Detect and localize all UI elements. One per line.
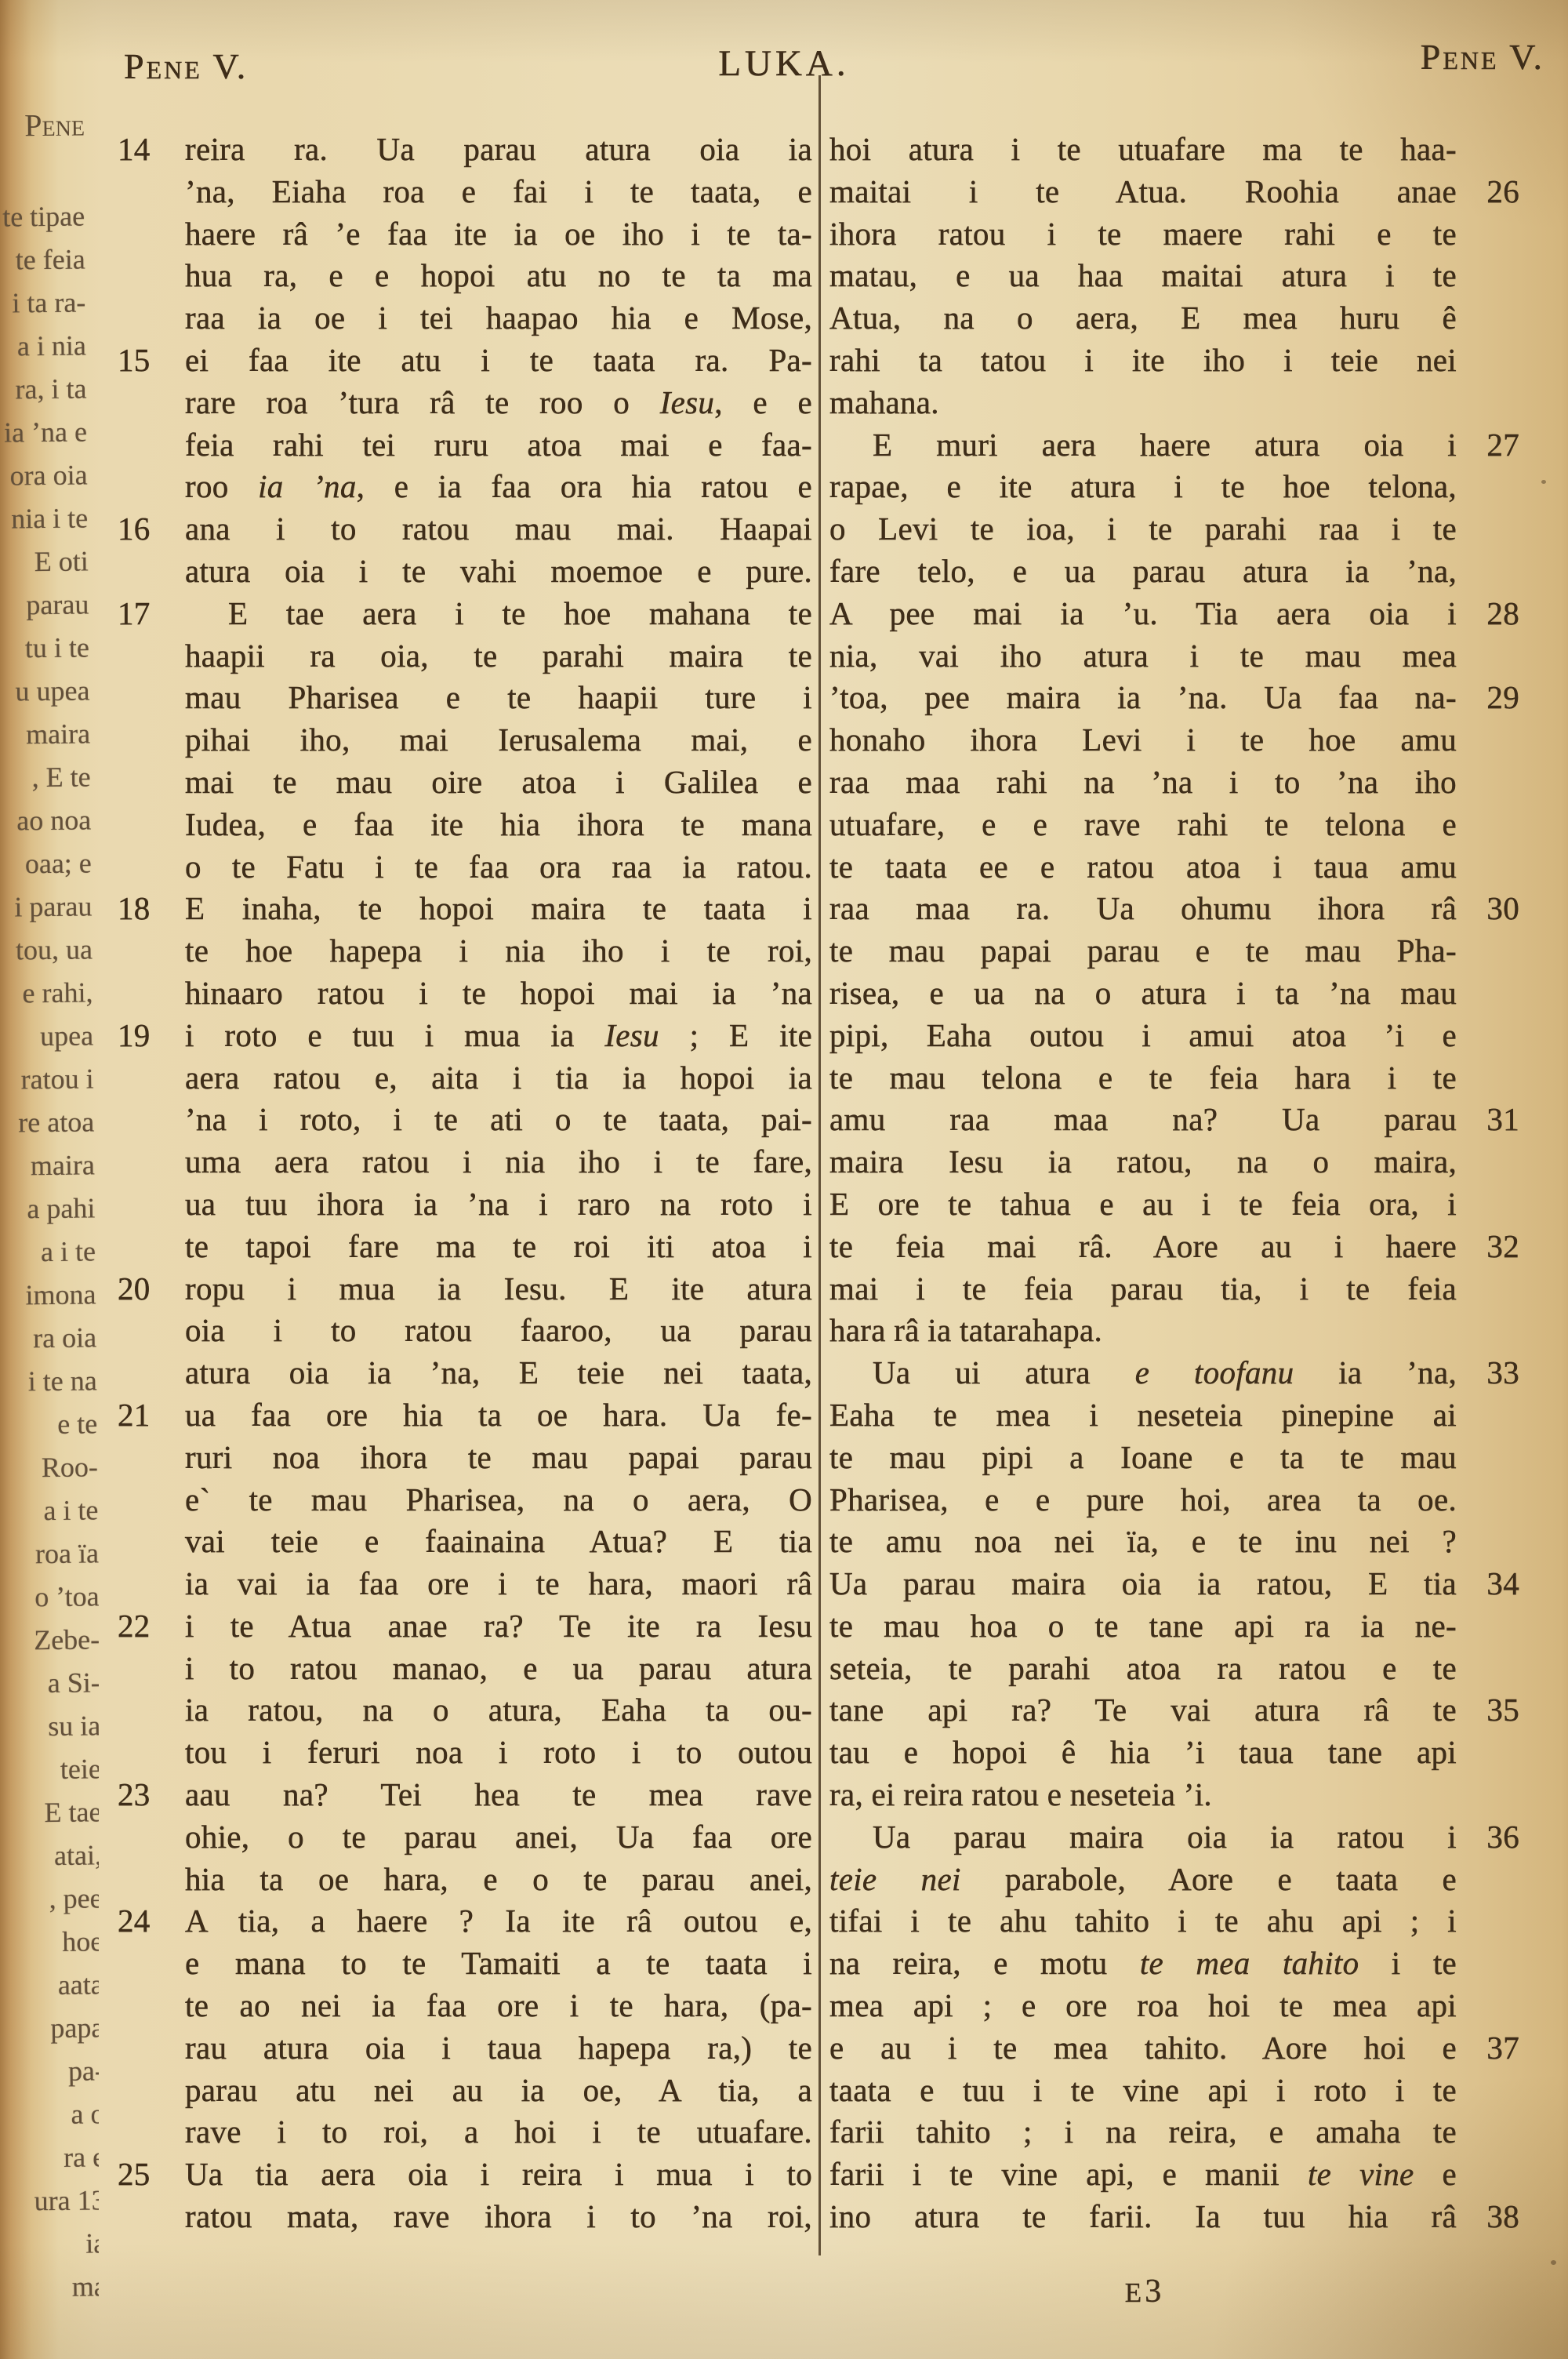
spine-text-fragment: teie bbox=[60, 1752, 99, 1786]
text-line: A pee mai ia ’u. Tia aera oia i28 bbox=[829, 593, 1457, 635]
text-line: E ore te tahua e au i te feia ora, i bbox=[829, 1183, 1457, 1226]
text-line: ana i to ratou mau mai. Haapai16 bbox=[185, 508, 812, 551]
text-line: matau, e ua haa maitai atura i te bbox=[829, 255, 1457, 297]
verse-number: 32 bbox=[1486, 1226, 1519, 1268]
verse-number: 14 bbox=[118, 129, 151, 171]
text-line: mai i te feia parau tia, i te feia bbox=[829, 1268, 1457, 1310]
text-line: risea, e ua na o atura i ta ’na mau bbox=[829, 972, 1457, 1015]
verse-number: 20 bbox=[118, 1268, 151, 1310]
text-line: maira Iesu ia ratou, na o maira, bbox=[829, 1141, 1457, 1183]
verse-number: 21 bbox=[118, 1394, 151, 1437]
spine-text-fragment: atai, bbox=[54, 1838, 99, 1872]
text-line: mahana. bbox=[829, 382, 1457, 424]
text-line: hoi atura i te utuafare ma te haa- bbox=[829, 129, 1457, 171]
spine-text-fragment: maira bbox=[31, 1148, 95, 1182]
text-line: ratou mata, rave ihora i to ’na roi, bbox=[185, 2196, 812, 2238]
spine-text-fragment: ra, i ta bbox=[15, 372, 86, 405]
text-line: Ua parau maira oia ia ratou, E tia34 bbox=[829, 1563, 1457, 1605]
text-line: pihai iho, mai Ierusalema mai, e bbox=[185, 719, 812, 761]
text-line: tifai i te ahu tahito i te ahu api ; i bbox=[829, 1900, 1457, 1943]
text-line: e` te mau Pharisea, na o aera, O bbox=[185, 1479, 812, 1521]
verse-number: 38 bbox=[1486, 2196, 1519, 2238]
text-line: Atua, na o aera, E mea huru ê bbox=[829, 297, 1457, 340]
spine-edge: Pene te tipaete feiai ta ra-a i niara, i… bbox=[0, 0, 99, 2359]
spine-text-fragment: ma bbox=[72, 2270, 99, 2303]
spine-text-fragment: ora oia bbox=[9, 458, 87, 492]
spine-text-fragment: roa ïa bbox=[35, 1536, 99, 1570]
text-line: oia i to ratou faaroo, ua parau bbox=[185, 1310, 812, 1352]
text-line: ia vai ia faa ore i te hara, maori râ bbox=[185, 1563, 812, 1605]
text-line: roo ia ’na, e ia faa ora hia ratou e bbox=[185, 466, 812, 508]
text-line: uma aera ratou i nia iho i te fare, bbox=[185, 1141, 812, 1183]
text-line: raa maa rahi na ’na i to ’na iho bbox=[829, 761, 1457, 804]
spine-fragments-strip: Pene te tipaete feiai ta ra-a i niara, i… bbox=[0, 0, 99, 2359]
spine-text-fragment: imona bbox=[25, 1278, 96, 1311]
text-line: ua tuu ihora ia ’na i raro na roto i bbox=[185, 1183, 812, 1226]
scanned-book-page: { "header": { "left": "Pene V.", "center… bbox=[0, 0, 1568, 2359]
spine-text-fragment: a pahi bbox=[27, 1191, 95, 1225]
text-line: fare telo, e ua parau atura ia ’na, bbox=[829, 551, 1457, 593]
running-head-chapter-right: Pene V. bbox=[1421, 36, 1544, 78]
spine-text-fragment: tu i te bbox=[25, 631, 89, 664]
text-line: haere râ ’e faa ite ia oe iho i te ta- bbox=[185, 213, 812, 256]
spine-text-fragment: nia i te bbox=[11, 501, 88, 535]
text-line: te ao nei ia faa ore i te hara, (pa- bbox=[185, 1985, 812, 2027]
spine-text-fragment: upea bbox=[40, 1019, 93, 1052]
spine-text-fragment: ura 13 bbox=[34, 2183, 99, 2217]
text-line: ua faa ore hia ta oe hara. Ua fe-21 bbox=[185, 1394, 812, 1437]
verse-number: 35 bbox=[1486, 1689, 1519, 1732]
text-line: pipi, Eaha outou i amui atoa ’i e bbox=[829, 1015, 1457, 1057]
text-line: i to ratou manao, e ua parau atura bbox=[185, 1648, 812, 1690]
spine-text-fragment: a Si- bbox=[48, 1666, 99, 1699]
text-line: ia ratou, na o atura, Eaha ta ou- bbox=[185, 1689, 812, 1732]
text-line: raa maa ra. Ua ohumu ihora râ30 bbox=[829, 888, 1457, 930]
spine-header-fragment: Pene bbox=[24, 106, 85, 144]
spine-text-fragment: a o bbox=[71, 2097, 99, 2130]
spine-text-fragment: , pee bbox=[49, 1881, 99, 1915]
spine-text-fragment: E tae bbox=[44, 1795, 99, 1829]
text-line: te mau telona e te feia hara i te bbox=[829, 1057, 1457, 1100]
text-line: ihora ratou i te maere rahi e te bbox=[829, 213, 1457, 256]
text-line: rau atura oia i taua hapepa ra,) te bbox=[185, 2027, 812, 2070]
spine-text-fragment: ia bbox=[85, 2226, 99, 2259]
text-line: utuafare, e e rave rahi te telona e bbox=[829, 804, 1457, 846]
text-line: te amu noa nei ïa, e te inu nei ? bbox=[829, 1521, 1457, 1563]
spine-text-fragment: a i nia bbox=[17, 329, 86, 362]
spine-text-fragment: o ’toa bbox=[34, 1579, 99, 1613]
text-line: Iudea, e faa ite hia ihora te mana bbox=[185, 804, 812, 846]
left-text-column: reira ra. Ua parau atura oia ia14’na, Ei… bbox=[185, 129, 812, 2238]
verse-number: 17 bbox=[118, 593, 151, 635]
spine-text-fragment: ratou i bbox=[20, 1062, 93, 1096]
text-line: rahi ta tatou i ite iho i teie nei bbox=[829, 340, 1457, 382]
text-line: teie nei parabole, Aore e taata e bbox=[829, 1859, 1457, 1901]
spine-text-fragment: , E te bbox=[31, 760, 90, 794]
text-line: na reira, e motu te mea tahito i te bbox=[829, 1943, 1457, 1985]
text-line: hua ra, e e hopoi atu no te ta ma bbox=[185, 255, 812, 297]
spine-text-fragment: Zebe- bbox=[34, 1623, 99, 1656]
text-line: o te Fatu i te faa ora raa ia ratou. bbox=[185, 846, 812, 889]
text-line: ohie, o te parau anei, Ua faa ore bbox=[185, 1816, 812, 1859]
text-line: A tia, a haere ? Ia ite râ outou e,24 bbox=[185, 1900, 812, 1943]
text-line: te hoe hapepa i nia iho i te roi, bbox=[185, 930, 812, 972]
text-line: e au i te mea tahito. Aore hoi e37 bbox=[829, 2027, 1457, 2070]
spine-text-fragment: ia ’na e bbox=[4, 415, 87, 449]
text-line: tou i feruri noa i roto i to outou bbox=[185, 1732, 812, 1774]
right-text-column: hoi atura i te utuafare ma te haa-maitai… bbox=[829, 129, 1457, 2238]
text-line: E tae aera i te hoe mahana te17 bbox=[185, 593, 812, 635]
verse-number: 16 bbox=[118, 508, 151, 551]
text-line: te taata ee e ratou atoa i taua amu bbox=[829, 846, 1457, 889]
text-line: haapii ra oia, te parahi maira te bbox=[185, 635, 812, 678]
text-line: te mau papai parau e te mau Pha- bbox=[829, 930, 1457, 972]
text-line: atura oia ia ’na, E teie nei taata, bbox=[185, 1352, 812, 1394]
spine-text-fragment: papa bbox=[50, 2011, 99, 2045]
verse-number: 28 bbox=[1486, 593, 1519, 635]
text-line: tane api ra? Te vai atura râ te35 bbox=[829, 1689, 1457, 1732]
spine-text-fragment: te tipae bbox=[2, 199, 85, 233]
text-line: Ua parau maira oia ia ratou i36 bbox=[829, 1816, 1457, 1859]
text-line: E inaha, te hopoi maira te taata i18 bbox=[185, 888, 812, 930]
verse-number: 26 bbox=[1486, 171, 1519, 213]
spine-text-fragment: u upea bbox=[15, 674, 89, 707]
text-line: Pharisea, e e pure hoi, area ta oe. bbox=[829, 1479, 1457, 1521]
spine-text-fragment: i parau bbox=[14, 889, 92, 923]
text-line: i te Atua anae ra? Te ite ra Iesu22 bbox=[185, 1605, 812, 1648]
running-head-book-title: LUKA. bbox=[0, 42, 1568, 85]
text-line: ino atura te farii. Ia tuu hia râ38 bbox=[829, 2196, 1457, 2238]
text-line: Eaha te mea i neseteia pinepine ai bbox=[829, 1394, 1457, 1437]
text-line: i roto e tuu i mua ia Iesu ; E ite19 bbox=[185, 1015, 812, 1057]
verse-number: 37 bbox=[1486, 2027, 1519, 2070]
text-line: atura oia i te vahi moemoe e pure. bbox=[185, 551, 812, 593]
verse-number: 23 bbox=[118, 1774, 151, 1816]
text-line: e mana to te Tamaiti a te taata i bbox=[185, 1943, 812, 1985]
spine-text-fragment: ao noa bbox=[16, 803, 91, 837]
text-line: taata e tuu i te vine api i roto i te bbox=[829, 2070, 1457, 2112]
text-line: rare roa ’tura râ te roo o Iesu, e e bbox=[185, 382, 812, 424]
text-line: te mau hoa o te tane api ra ia ne- bbox=[829, 1605, 1457, 1648]
spine-text-fragment: tou, ua bbox=[16, 932, 93, 966]
spine-text-fragment: maira bbox=[26, 717, 90, 751]
text-line: te tapoi fare ma te roi iti atoa i bbox=[185, 1226, 812, 1268]
text-line: ra, ei reira ratou e neseteia ’i. bbox=[829, 1774, 1457, 1816]
spine-text-fragment: i te na bbox=[28, 1364, 97, 1398]
text-line: seteia, te parahi atoa ra ratou e te bbox=[829, 1648, 1457, 1690]
spine-text-fragment: re atoa bbox=[18, 1105, 94, 1139]
text-line: ruri noa ihora te mau papai parau bbox=[185, 1437, 812, 1479]
text-line: Ua tia aera oia i reira i mua i to25 bbox=[185, 2154, 812, 2196]
verse-number: 19 bbox=[118, 1015, 151, 1057]
verse-number: 15 bbox=[118, 340, 151, 382]
spine-text-fragment: E oti bbox=[34, 544, 89, 578]
signature-mark: E 3 bbox=[829, 2273, 1457, 2310]
text-line: ei faa ite atu i te taata ra. Pa-15 bbox=[185, 340, 812, 382]
verse-number: 25 bbox=[118, 2154, 151, 2196]
text-line: E muri aera haere atura oia i27 bbox=[829, 424, 1457, 467]
text-line: hara râ ia tatarahapa. bbox=[829, 1310, 1457, 1352]
text-line: maitai i te Atua. Roohia anae26 bbox=[829, 171, 1457, 213]
spine-text-fragment: e rahi, bbox=[22, 976, 93, 1009]
verse-number: 36 bbox=[1486, 1816, 1519, 1859]
spine-text-fragment: ra oia bbox=[33, 1321, 96, 1354]
verse-number: 33 bbox=[1486, 1352, 1519, 1394]
text-line: te feia mai râ. Aore au i haere32 bbox=[829, 1226, 1457, 1268]
text-line: aau na? Tei hea te mea rave23 bbox=[185, 1774, 812, 1816]
spine-text-fragment: oaa; e bbox=[25, 846, 92, 880]
text-line: te mau pipi a Ioane e ta te mau bbox=[829, 1437, 1457, 1479]
text-line: amu raa maa na? Ua parau31 bbox=[829, 1099, 1457, 1141]
text-line: farii i te vine api, e manii te vine e bbox=[829, 2154, 1457, 2196]
spine-text-fragment: pa- bbox=[68, 2054, 99, 2087]
text-line: mea api ; e ore roa hoi te mea api bbox=[829, 1985, 1457, 2027]
signature-letter: E bbox=[1125, 2277, 1142, 2308]
spine-text-fragment: te feia bbox=[16, 242, 85, 276]
spine-text-fragment: hoe bbox=[62, 1925, 99, 1958]
text-line: hia ta oe hara, e o te parau anei, bbox=[185, 1859, 812, 1901]
signature-number: 3 bbox=[1145, 2274, 1161, 2310]
text-line: parau atu nei au ia oe, A tia, a bbox=[185, 2070, 812, 2112]
text-line: mau Pharisea e te haapii ture i bbox=[185, 677, 812, 719]
spine-text-fragment: a i te bbox=[41, 1234, 96, 1268]
verse-number: 18 bbox=[118, 888, 151, 930]
verse-number: 34 bbox=[1486, 1563, 1519, 1605]
text-line: rave i to roi, a hoi i te utuafare. bbox=[185, 2111, 812, 2154]
text-line: ’na i roto, i te ati o te taata, pai- bbox=[185, 1099, 812, 1141]
verse-number: 31 bbox=[1486, 1099, 1519, 1141]
ink-speck bbox=[1541, 480, 1546, 484]
spine-text-fragment: parau bbox=[26, 587, 89, 621]
text-line: ’na, Eiaha roa e fai i te taata, e bbox=[185, 171, 812, 213]
spine-text-fragment: aata bbox=[58, 1968, 99, 2001]
spine-text-fragment: ra e bbox=[64, 2140, 99, 2174]
text-line: tau e hopoi ê hia ’i taua tane api bbox=[829, 1732, 1457, 1774]
text-line: aera ratou e, aita i tia ia hopoi ia bbox=[185, 1057, 812, 1100]
text-line: o Levi te ioa, i te parahi raa i te bbox=[829, 508, 1457, 551]
spine-text-fragment: i ta ra- bbox=[12, 285, 85, 319]
verse-number: 29 bbox=[1486, 677, 1519, 719]
verse-number: 22 bbox=[118, 1605, 151, 1648]
verse-number: 24 bbox=[118, 1900, 151, 1943]
ink-speck bbox=[1551, 2260, 1556, 2265]
spine-text-fragment: e te bbox=[57, 1407, 97, 1441]
text-line: ropu i mua ia Iesu. E ite atura20 bbox=[185, 1268, 812, 1310]
text-line: mai te mau oire atoa i Galilea e bbox=[185, 761, 812, 804]
text-line: nia, vai iho atura i te mau mea bbox=[829, 635, 1457, 678]
text-line: hinaaro ratou i te hopoi mai ia ’na bbox=[185, 972, 812, 1015]
text-line: reira ra. Ua parau atura oia ia14 bbox=[185, 129, 812, 171]
text-line: feia rahi tei ruru atoa mai e faa- bbox=[185, 424, 812, 467]
text-line: rapae, e ite atura i te hoe telona, bbox=[829, 466, 1457, 508]
text-line: vai teie e faainaina Atua? E tia bbox=[185, 1521, 812, 1563]
text-line: ’toa, pee maira ia ’na. Ua faa na-29 bbox=[829, 677, 1457, 719]
spine-text-fragment: a i te bbox=[43, 1493, 98, 1527]
column-divider-rule bbox=[818, 75, 821, 2255]
text-line: Ua ui atura e toofanu ia ’na,33 bbox=[829, 1352, 1457, 1394]
spine-text-fragment: Roo- bbox=[42, 1450, 98, 1484]
text-line: farii tahito ; i na reira, e amaha te bbox=[829, 2111, 1457, 2154]
text-line: raa ia oe i tei haapao hia e Mose, bbox=[185, 297, 812, 340]
spine-text-fragment: su ia bbox=[48, 1709, 99, 1743]
verse-number: 30 bbox=[1486, 888, 1519, 930]
text-line: honaho ihora Levi i te hoe amu bbox=[829, 719, 1457, 761]
verse-number: 27 bbox=[1486, 424, 1519, 467]
